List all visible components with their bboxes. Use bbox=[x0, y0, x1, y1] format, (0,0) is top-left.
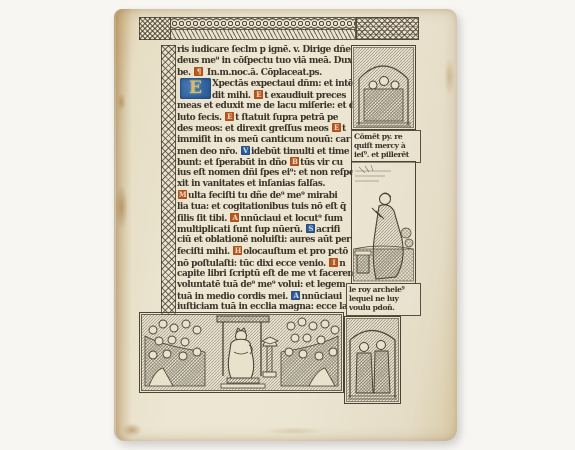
text-segment: tūs vir cu bbox=[300, 158, 342, 168]
foxing-stain bbox=[444, 57, 455, 97]
text-line: des meos: et direxit greſſus meos Et bbox=[177, 123, 353, 134]
text-line: feciſti mihi. Holocauſtum et pro pctō bbox=[177, 246, 353, 257]
text-line: deus me⁹ in cōſpectu tuo viā meā. Dux bbox=[177, 56, 353, 67]
caption-line: quiſt mercy à bbox=[354, 141, 418, 150]
text-segment: nnūciaui et locut⁹ ſum bbox=[240, 214, 342, 224]
text-segment: bunt: et ſperabūt in dño bbox=[177, 158, 289, 168]
ornamental-top-border bbox=[139, 17, 417, 40]
painted-initial-orange: I bbox=[329, 258, 338, 267]
text-segment: acrifi bbox=[316, 225, 340, 235]
text-line: multiplicati ſunt ſup nūerū. Sacrifi bbox=[177, 224, 353, 235]
text-segment: tuā in medio cordis mei. bbox=[177, 292, 290, 302]
text-segment: deus me⁹ in cōſpectu tuo viā meā. Dux bbox=[177, 56, 352, 66]
text-segment: olocauſtum et pro pctō bbox=[243, 247, 348, 257]
text-segment: des meos: et direxit greſſus meos bbox=[177, 124, 331, 134]
woodcut-bottom-judgment bbox=[139, 312, 344, 393]
text-lines: E ris iudicare ſeclm p ignē. v. Dirige d… bbox=[177, 45, 353, 314]
text-line: voluntatē tuā de⁹ me⁹ volui: et legem bbox=[177, 280, 353, 291]
painted-initial-orange: ¶ bbox=[194, 67, 203, 76]
border-middle-strip bbox=[170, 17, 356, 40]
caption-line: ieſ⁹. et pillerēt bbox=[354, 150, 418, 159]
woodcut-right-middle bbox=[351, 161, 416, 284]
text-line: lia tua: et cogitationibus tuis nō eſt q… bbox=[177, 202, 353, 213]
foxing-stain bbox=[264, 427, 324, 435]
text-line: luto fecis. Et ſtatuit ſupra petrā pe bbox=[177, 112, 353, 123]
painted-initial-orange: A bbox=[230, 213, 239, 222]
text-segment: xit in vanitates et inſanias falſas. bbox=[177, 179, 325, 189]
text-segment: immiſit in os meū canticum nouū: car bbox=[177, 135, 350, 145]
text-line: nō poſtulaſti: tūc dixi ecce venio. In bbox=[177, 258, 353, 269]
text-segment: lia tua: et cogitationibus tuis nō eſt q… bbox=[177, 202, 346, 212]
text-line: ris iudicare ſeclm p ignē. v. Dirige dñe bbox=[177, 45, 353, 56]
illuminated-initial-E: E bbox=[180, 78, 211, 99]
caption-line: lequel ne luy bbox=[349, 294, 418, 303]
text-segment: Xpectās expectaui dñm: et intē bbox=[212, 79, 353, 89]
text-segment: ris iudicare ſeclm p ignē. v. Dirige dñe bbox=[177, 45, 350, 55]
text-segment: meas et eduxit me de lacu miſerie: et de bbox=[177, 101, 353, 111]
text-segment: capite libri ſcriptū eſt de me vt facere… bbox=[177, 269, 353, 279]
text-segment: luto fecis. bbox=[177, 113, 224, 123]
text-line: immiſit in os meū canticum nouū: car bbox=[177, 135, 353, 146]
text-segment: nnūciaui bbox=[301, 292, 341, 302]
border-ring-row bbox=[171, 18, 355, 29]
border-scroll-row bbox=[171, 29, 355, 39]
text-line: meas et eduxit me de lacu miſerie: et de bbox=[177, 101, 353, 112]
woodcut-right-top bbox=[351, 45, 416, 130]
text-line: capite libri ſcriptū eſt de me vt facere… bbox=[177, 269, 353, 280]
text-segment: ius eſt nomen dñi ſpes ei⁹: et non reſpe bbox=[177, 168, 353, 178]
ornamental-left-border bbox=[161, 45, 176, 315]
caption-line: le roy archele⁹ bbox=[349, 285, 418, 294]
text-segment: idebūt timulti et time bbox=[251, 147, 349, 157]
text-segment: nō poſtulaſti: tūc dixi ecce venio. bbox=[177, 259, 328, 269]
caption-line: voulu pdon̄. bbox=[349, 303, 418, 312]
text-segment: voluntatē tuā de⁹ me⁹ volui: et legem bbox=[177, 280, 345, 290]
painted-initial-orange: H bbox=[233, 246, 242, 255]
painted-initial-orange: E bbox=[254, 90, 263, 99]
text-segment: t ſtatuit ſupra petrā pe bbox=[235, 113, 338, 123]
text-line: tuā in medio cordis mei. Annūciaui bbox=[177, 291, 353, 302]
text-segment: t exaudiuit preces bbox=[264, 91, 346, 101]
text-segment: multiplicati ſunt ſup nūerū. bbox=[177, 225, 305, 235]
text-line: men deo nr̄o. Videbūt timulti et time bbox=[177, 146, 353, 157]
photograph-of-leaf: E ris iudicare ſeclm p ignē. v. Dirige d… bbox=[0, 0, 575, 450]
text-segment: iuſticiam tuā in ecclia magna: ecce la bbox=[177, 302, 347, 312]
text-line: be. ¶ In.m.noc.ā. Cōplaceat.ps. bbox=[177, 67, 353, 78]
text-segment: men deo nr̄o. bbox=[177, 147, 240, 157]
text-line: ciū et oblationē noluiſti: aures aūt per bbox=[177, 235, 353, 246]
text-segment: n bbox=[339, 259, 345, 269]
text-line: ſilis ſit tibi. Annūciaui et locut⁹ ſum bbox=[177, 213, 353, 224]
text-segment: feciſti mihi. bbox=[177, 247, 232, 257]
border-end-block bbox=[356, 17, 419, 40]
leaf-left-edge bbox=[116, 9, 132, 441]
painted-initial-blue: S bbox=[306, 224, 315, 233]
painted-initial-orange: M bbox=[178, 190, 187, 199]
text-line: Multa feciſti tu dñe de⁹ me⁹ mirabi bbox=[177, 190, 353, 201]
text-segment: ſilis ſit tibi. bbox=[177, 214, 229, 224]
woodcut-right-bottom bbox=[344, 316, 401, 404]
text-segment: In.m.noc.ā. Cōplaceat.ps. bbox=[204, 68, 321, 78]
text-segment: be. bbox=[177, 68, 193, 78]
painted-initial-orange: E bbox=[332, 123, 341, 132]
border-end-block bbox=[139, 17, 171, 40]
french-caption-top: Cōmēt py. requiſt mercy àieſ⁹. et piller… bbox=[351, 130, 421, 163]
text-line: ius eſt nomen dñi ſpes ei⁹: et non reſpe bbox=[177, 168, 353, 179]
french-caption-bottom: le roy archele⁹lequel ne luyvoulu pdon̄. bbox=[346, 283, 421, 316]
text-segment: dit mihi. bbox=[212, 91, 253, 101]
painted-initial-blue: A bbox=[291, 291, 300, 300]
text-line: xit in vanitates et inſanias falſas. bbox=[177, 179, 353, 190]
caption-line: Cōmēt py. re bbox=[354, 132, 418, 141]
painted-initial-orange: B bbox=[290, 157, 299, 166]
manuscript-leaf: E ris iudicare ſeclm p ignē. v. Dirige d… bbox=[114, 9, 457, 441]
painted-initial-orange: E bbox=[225, 112, 234, 121]
painted-initial-blue: V bbox=[241, 146, 250, 155]
text-segment: t bbox=[342, 124, 346, 134]
text-line: bunt: et ſperabūt in dño Btūs vir cu bbox=[177, 157, 353, 168]
text-segment: ulta feciſti tu dñe de⁹ me⁹ mirabi bbox=[188, 191, 337, 201]
text-segment: ciū et oblationē noluiſti: aures aūt per bbox=[177, 235, 350, 245]
